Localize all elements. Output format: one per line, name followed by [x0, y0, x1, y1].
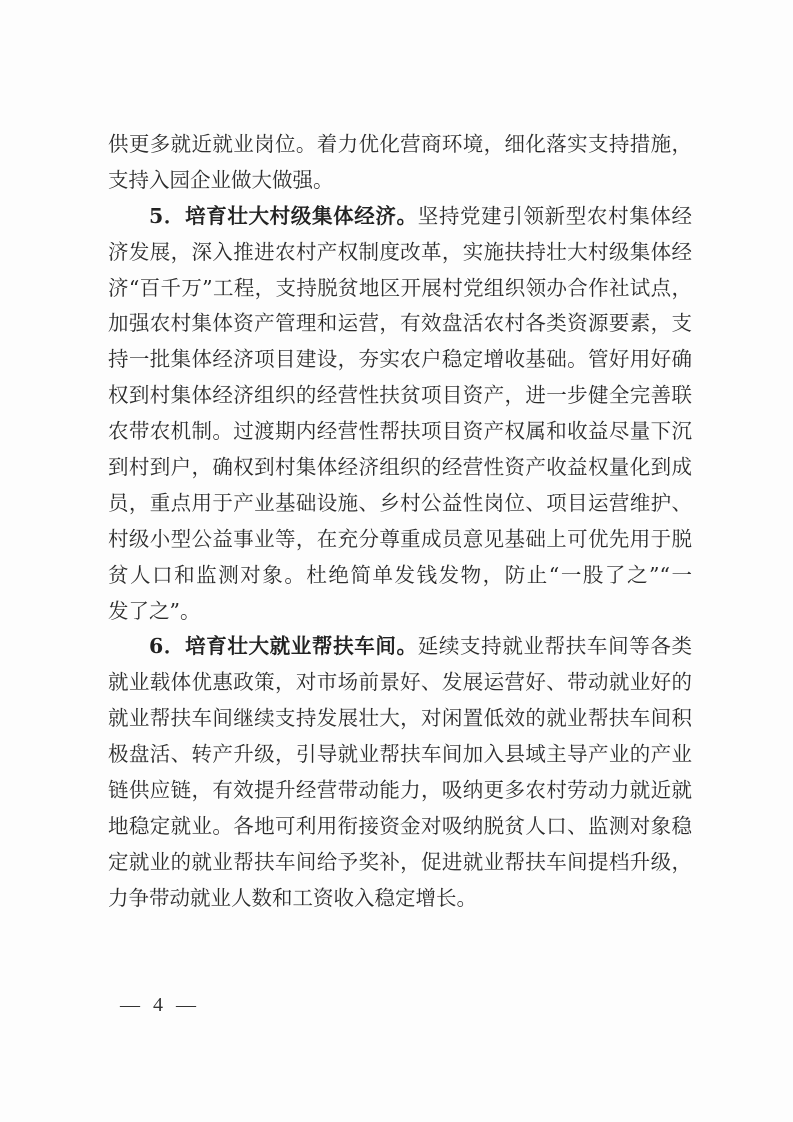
text-line: 发了之”。 [108, 594, 692, 630]
document-body: 供更多就近就业岗位。着力优化营商环境，细化落实支持措施， 支持入园企业做大做强。… [108, 127, 692, 917]
text-line: 加强农村集体资产管理和运营，有效盘活农村各类资源要素，支 [108, 306, 692, 342]
paragraph-continued: 供更多就近就业岗位。着力优化营商环境，细化落实支持措施， 支持入园企业做大做强。 [108, 127, 692, 199]
text-line: 就业帮扶车间继续支持发展壮大，对闲置低效的就业帮扶车间积 [108, 701, 692, 737]
text-line: 农带农机制。过渡期内经营性帮扶项目资产权属和收益尽量下沉 [108, 414, 692, 450]
text-line: 到村到户，确权到村集体经济组织的经营性资产收益权量化到成 [108, 450, 692, 486]
text-line: 村级小型公益事业等，在充分尊重成员意见基础上可优先用于脱 [108, 522, 692, 558]
section-heading-5: 5．培育壮大村级集体经济。 [149, 204, 418, 228]
text-line: 员，重点用于产业基础设施、乡村公益性岗位、项目运营维护、 [108, 486, 692, 522]
page-number: — 4 — [120, 994, 200, 1017]
document-page: 供更多就近就业岗位。着力优化营商环境，细化落实支持措施， 支持入园企业做大做强。… [0, 0, 793, 1122]
text-line: 定就业的就业帮扶车间给予奖补，促进就业帮扶车间提档升级， [108, 845, 692, 881]
paragraph-section-6: 6．培育壮大就业帮扶车间。延续支持就业帮扶车间等各类 就业载体优惠政策，对市场前… [108, 629, 692, 916]
text-line: 持一批集体经济项目建设，夯实农户稳定增收基础。管好用好确 [108, 342, 692, 378]
text-line: 济发展，深入推进农村产权制度改革，实施扶持壮大村级集体经 [108, 235, 692, 271]
section-heading-6: 6．培育壮大就业帮扶车间。 [149, 634, 418, 658]
text-line-with-heading: 5．培育壮大村级集体经济。坚持党建引领新型农村集体经 [108, 199, 692, 235]
text-run: 延续支持就业帮扶车间等各类 [418, 634, 692, 658]
text-line: 济“百千万”工程，支持脱贫地区开展村党组织领办合作社试点， [108, 271, 692, 307]
text-line: 极盘活、转产升级，引导就业帮扶车间加入县域主导产业的产业 [108, 737, 692, 773]
text-line: 供更多就近就业岗位。着力优化营商环境，细化落实支持措施， [108, 127, 692, 163]
text-line: 就业载体优惠政策，对市场前景好、发展运营好、带动就业好的 [108, 665, 692, 701]
text-line: 支持入园企业做大做强。 [108, 163, 692, 199]
text-line-with-heading: 6．培育壮大就业帮扶车间。延续支持就业帮扶车间等各类 [108, 629, 692, 665]
text-run: 坚持党建引领新型农村集体经 [418, 204, 692, 228]
text-line: 贫人口和监测对象。杜绝简单发钱发物，防止“一股了之”“一 [108, 558, 692, 594]
text-line: 地稳定就业。各地可利用衔接资金对吸纳脱贫人口、监测对象稳 [108, 809, 692, 845]
text-line: 链供应链，有效提升经营带动能力，吸纳更多农村劳动力就近就 [108, 773, 692, 809]
text-line: 权到村集体经济组织的经营性扶贫项目资产，进一步健全完善联 [108, 378, 692, 414]
paragraph-section-5: 5．培育壮大村级集体经济。坚持党建引领新型农村集体经 济发展，深入推进农村产权制… [108, 199, 692, 630]
text-line: 力争带动就业人数和工资收入稳定增长。 [108, 881, 692, 917]
